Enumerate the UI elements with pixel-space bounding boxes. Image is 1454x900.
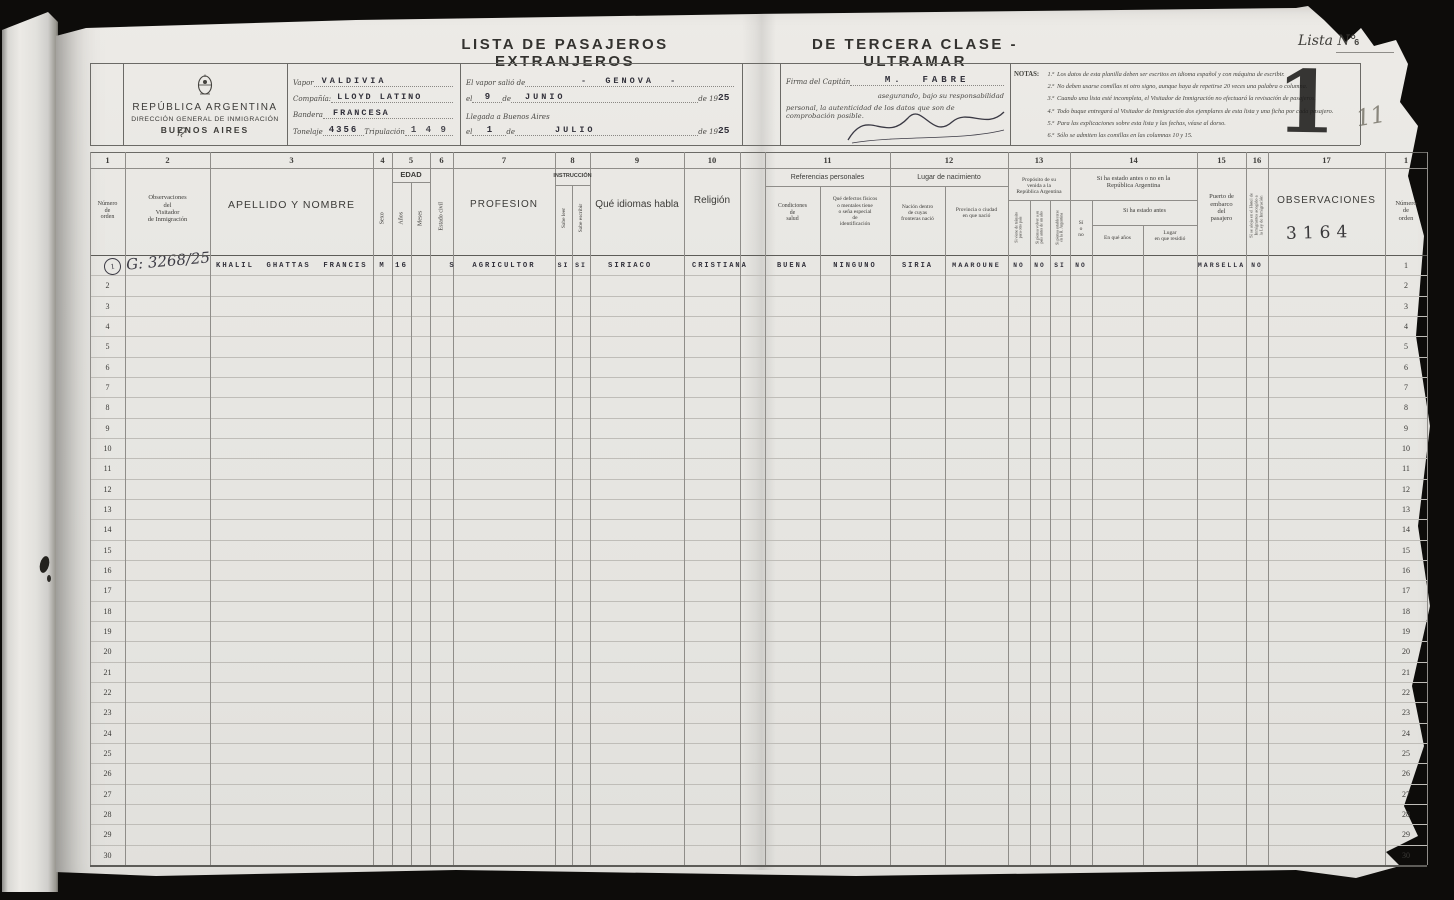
row-number-right: 17 <box>1385 580 1427 600</box>
row-number-right: 30 <box>1385 845 1427 865</box>
column-header-c10: Religión <box>684 194 740 208</box>
grid-line-vertical <box>1092 200 1093 865</box>
captain-signature-icon <box>840 100 1010 146</box>
tonelaje-label: Tonelaje <box>293 128 323 136</box>
row1-cell-provincia: MAAROUNE <box>945 257 1008 274</box>
column-header-c15: Puerto de embarco del pasajero <box>1197 190 1246 226</box>
column-header-c14strip: Si ha estado antes <box>1092 206 1197 217</box>
field-firma: Firma del Capitán M. FABRE <box>786 72 1004 86</box>
row-number-left: 26 <box>90 763 125 783</box>
field-vapor: Vapor VALDIVIA <box>293 72 453 87</box>
grid-line-horizontal <box>90 418 1427 419</box>
field-bandera: Bandera FRANCESA <box>293 103 453 119</box>
column-number: 4 <box>373 152 392 168</box>
row1-cell-puerto_embarco: MARSELLA <box>1197 257 1246 274</box>
grid-line-horizontal <box>90 397 1427 398</box>
row-number-right: 15 <box>1385 540 1427 560</box>
row-number-left: 9 <box>90 418 125 438</box>
row-number-left: 19 <box>90 621 125 641</box>
row-number-left: 27 <box>90 784 125 804</box>
grid-line-vertical <box>1427 152 1428 865</box>
scanned-passenger-list-document: LISTA DE PASAJEROS EXTRANJEROS DE TERCER… <box>0 0 1454 900</box>
de-label: de <box>502 95 511 103</box>
grid-line-horizontal <box>90 682 1427 683</box>
column-header-c16: Si se aloja en el Hotel de Inmigrantes a… <box>1246 188 1268 242</box>
row1-cell-sabe_leer: SI <box>555 257 572 274</box>
salio-port-value: - GENOVA - <box>525 76 734 87</box>
column-header-c11b: Qué defectos físicos o mentales tiene o … <box>820 194 890 230</box>
column-number: 15 <box>1197 152 1246 168</box>
row-number-left: 12 <box>90 479 125 499</box>
grid-line-vertical <box>125 152 126 865</box>
tripulacion-label: Tripulación <box>364 128 405 136</box>
row-number-right: 12 <box>1385 479 1427 499</box>
row1-cell-nacion: SIRIA <box>890 257 945 274</box>
agency-city: BUENOS AIRES <box>125 125 285 135</box>
vapor-value: VALDIVIA <box>314 76 453 87</box>
grid-line-horizontal <box>90 145 1360 146</box>
note-number: 5.ª <box>1040 118 1054 130</box>
column-header-c11: Referencias personales <box>765 172 890 184</box>
vapor-label: Vapor <box>293 79 314 87</box>
row-number-left: 28 <box>90 804 125 824</box>
note-number: 2.ª <box>1040 81 1054 93</box>
column-header-c13a: Si viene de tránsito para otro país <box>1008 202 1030 252</box>
grid-line-horizontal <box>90 255 1427 256</box>
row-number-right: 2 <box>1385 275 1427 295</box>
row-number-right: 26 <box>1385 763 1427 783</box>
row-number-right: 20 <box>1385 641 1427 661</box>
grid-line-horizontal <box>90 641 1427 642</box>
row-number-left: 22 <box>90 682 125 702</box>
row-number-left: 3 <box>90 296 125 316</box>
book-page-edges <box>2 10 58 892</box>
note-text: Los datos de esta planilla deben ser esc… <box>1057 69 1285 81</box>
row-number-left: 18 <box>90 601 125 621</box>
column-header-c8a: Sabe leer <box>555 192 572 244</box>
column-header-c5: EDAD <box>392 169 430 181</box>
row-number-left: 16 <box>90 560 125 580</box>
row1-cell-apellido_nombre: KHALIL GHATTAS FRANCIS <box>210 257 379 274</box>
note-number: 3.ª <box>1040 93 1054 105</box>
row1-cell-religion: CRISTIANA <box>684 257 760 274</box>
grid-line-horizontal <box>90 601 1427 602</box>
tonelaje-value: 4356 <box>323 125 365 136</box>
column-header-c1: Número de orden <box>90 196 125 226</box>
row-number-left: 20 <box>90 641 125 661</box>
row1-cell-salud: BUENA <box>765 257 820 274</box>
row-number-right: 16 <box>1385 560 1427 580</box>
row-number-right: 21 <box>1385 662 1427 682</box>
row1-cell-sabe_escribir: SI <box>572 257 590 274</box>
grid-line-horizontal <box>90 662 1427 663</box>
grid-line-horizontal <box>90 316 1427 317</box>
row-number-right: 18 <box>1385 601 1427 621</box>
row-number-right: 7 <box>1385 377 1427 397</box>
note-text: Para las explicaciones sobre esta lista … <box>1057 118 1226 130</box>
row-number-right: 6 <box>1385 357 1427 377</box>
column-number: 14 <box>1070 152 1197 168</box>
grid-line-horizontal <box>90 168 1427 169</box>
note-number: 1.ª <box>1040 69 1054 81</box>
note-text: Sólo se admiten las comillas en las colu… <box>1057 130 1193 142</box>
column-number: 3 <box>210 152 373 168</box>
captain-name-value: M. FABRE <box>850 75 1004 86</box>
grid-line-horizontal <box>1008 200 1197 201</box>
lista-number-value: 6 <box>1354 38 1360 48</box>
column-header-c13b: Si piensa volver a su país antes de un a… <box>1030 202 1050 252</box>
row-number-left: 10 <box>90 438 125 458</box>
grid-line-horizontal <box>90 621 1427 622</box>
document-title-right: DE TERCERA CLASE - ULTRAMAR <box>770 36 1060 70</box>
grid-line-vertical <box>945 186 946 865</box>
column-number: 7 <box>453 152 555 168</box>
field-tonelaje: Tonelaje 4356 Tripulación 1 4 9 <box>293 119 453 136</box>
row-number-right: 11 <box>1385 458 1427 478</box>
grid-line-vertical <box>742 63 743 145</box>
column-header-c8b: Sabe escribir <box>572 192 590 244</box>
grid-line-horizontal <box>90 743 1427 744</box>
column-header-c6: Estado civil <box>430 190 453 242</box>
grid-line-horizontal <box>90 336 1427 337</box>
row-number-right: 8 <box>1385 397 1427 417</box>
grid-line-vertical <box>1143 225 1144 865</box>
column-header-c9: Qué idiomas habla <box>590 198 684 212</box>
grid-line-vertical <box>411 182 412 865</box>
grid-line-vertical <box>90 63 91 145</box>
grid-line-horizontal <box>90 763 1427 764</box>
grid-line-vertical <box>123 63 124 145</box>
row-number-left: 30 <box>90 845 125 865</box>
grid-line-vertical <box>1030 200 1031 865</box>
row-number-left: 4 <box>90 316 125 336</box>
llegada-year-value: 25 <box>718 125 734 136</box>
row-number-right: 5 <box>1385 336 1427 356</box>
row-number-left: 11 <box>90 458 125 478</box>
row1-cell-anos: 16 <box>392 257 411 274</box>
grid-line-horizontal <box>90 357 1427 358</box>
row-number-left: 17 <box>90 580 125 600</box>
column-header-c3: APELLIDO Y NOMBRE <box>210 198 373 212</box>
note-text: No deben usarse comillas ni otro signo, … <box>1057 81 1307 93</box>
compania-label: Compañía: <box>293 95 331 103</box>
row-number-right: 9 <box>1385 418 1427 438</box>
column-header-c13c: Si piensa establecerse en la R. Argentin… <box>1050 202 1070 252</box>
column-header-c17: OBSERVACIONES <box>1268 194 1385 208</box>
column-header-c7: PROFESION <box>453 198 555 212</box>
row-number-left: 14 <box>90 519 125 539</box>
row-number-right: 1 <box>1385 255 1427 275</box>
row-number-right: 28 <box>1385 804 1427 824</box>
grid-line-horizontal <box>90 479 1427 480</box>
llegada-day-value: 1 <box>472 125 506 136</box>
llegada-label: Llegada a Buenos Aires <box>466 113 550 121</box>
bandera-label: Bandera <box>293 111 323 119</box>
salio-month-value: JUNIO <box>511 92 698 103</box>
agency-department: DIRECCIÓN GENERAL DE INMIGRACIÓN <box>123 116 287 123</box>
column-number: 8 <box>555 152 590 168</box>
table-bottom-border <box>90 865 1427 867</box>
grid-line-vertical <box>460 63 461 145</box>
de-label-2: de <box>506 128 515 136</box>
grid-line-horizontal <box>90 560 1427 561</box>
row-number-left: 21 <box>90 662 125 682</box>
grid-line-horizontal <box>90 702 1427 703</box>
column-number: 1 <box>1385 152 1427 168</box>
pencil-page-number: 11 <box>1354 102 1387 133</box>
row-number-right: 27 <box>1385 784 1427 804</box>
column-number: 5 <box>392 152 430 168</box>
firma-label: Firma del Capitán <box>786 78 850 86</box>
grid-line-vertical <box>572 185 573 865</box>
agency-name: REPÚBLICA ARGENTINA <box>125 102 285 113</box>
grid-line-horizontal <box>1092 225 1197 226</box>
de19-label-2: de 19 <box>698 128 718 136</box>
salio-year-value: 25 <box>718 92 734 103</box>
ink-mark-small <box>47 575 51 582</box>
row-number-left: 25 <box>90 743 125 763</box>
field-llegada-fecha: el 1 de JULIO de 19 25 <box>466 121 734 136</box>
field-salio: El vapor salió de - GENOVA - <box>466 72 734 87</box>
note-number: 6.ª <box>1040 130 1054 142</box>
column-header-c5b: Meses <box>411 192 430 244</box>
grid-line-vertical <box>780 63 781 145</box>
column-number: 10 <box>684 152 740 168</box>
compania-value: LLOYD LATINO <box>331 92 453 103</box>
column-number: 11 <box>765 152 890 168</box>
salio-label: El vapor salió de <box>466 79 525 87</box>
row-number-right: 14 <box>1385 519 1427 539</box>
column-header-c14a: Sí o no <box>1070 216 1092 242</box>
note-number: 4.ª <box>1040 106 1054 118</box>
salio-day-value: 9 <box>472 92 502 103</box>
row-number-left: 24 <box>90 723 125 743</box>
row-number-left: 6 <box>90 357 125 377</box>
column-number: 1 <box>90 152 125 168</box>
grid-line-horizontal <box>90 784 1427 785</box>
column-header-c14: Si ha estado antes o no en la República … <box>1070 173 1197 191</box>
grid-line-horizontal <box>90 296 1427 297</box>
row-number-right: 23 <box>1385 702 1427 722</box>
column-number: 9 <box>590 152 684 168</box>
column-number: 12 <box>890 152 1008 168</box>
column-header-c8: INSTRUCCIÓN <box>555 171 590 182</box>
llegada-month-value: JULIO <box>515 125 698 136</box>
row-number-left: 5 <box>90 336 125 356</box>
grid-line-horizontal <box>90 824 1427 825</box>
grid-line-vertical <box>1050 200 1051 865</box>
column-number: 16 <box>1246 152 1268 168</box>
row-number-left: 23 <box>90 702 125 722</box>
row-number-right: 3 <box>1385 296 1427 316</box>
row-number-left: 8 <box>90 397 125 417</box>
row1-cell-transito: NO <box>1008 257 1030 274</box>
grid-line-horizontal <box>90 519 1427 520</box>
grid-line-horizontal <box>90 458 1427 459</box>
grid-line-horizontal <box>90 275 1427 276</box>
grid-line-horizontal <box>90 438 1427 439</box>
column-header-c4: Sexo <box>373 192 392 244</box>
column-header-c14c: Lugar en que residió <box>1143 228 1197 244</box>
column-header-c12b: Provincia o ciudad en que nació <box>945 205 1008 221</box>
row1-cell-defectos: NINGUNO <box>820 257 890 274</box>
row-number-right: 13 <box>1385 499 1427 519</box>
column-number: 13 <box>1008 152 1070 168</box>
document-title-left: LISTA DE PASAJEROS EXTRANJEROS <box>400 36 730 70</box>
grid-line-horizontal <box>90 580 1427 581</box>
grid-line-horizontal <box>90 723 1427 724</box>
row-number-left: 13 <box>90 499 125 519</box>
bandera-value: FRANCESA <box>323 108 453 119</box>
column-header-c5a: Años <box>392 192 411 244</box>
grid-line-vertical <box>1360 63 1361 145</box>
grid-line-horizontal <box>90 499 1427 500</box>
field-salio-fecha: el 9 de JUNIO de 19 25 <box>466 87 734 103</box>
page-fold-shadow <box>742 14 776 870</box>
column-number: 17 <box>1268 152 1385 168</box>
row1-cell-hotel_inmigrantes: NO <box>1246 257 1268 274</box>
grid-line-horizontal <box>90 63 1360 64</box>
captain-line1: asegurando, bajo su responsabilidad <box>786 92 1004 100</box>
row1-cell-sexo: M <box>373 257 392 274</box>
row-number-left: 15 <box>90 540 125 560</box>
column-header-c13: Propósito de su venida a la República Ar… <box>1008 174 1070 198</box>
row-number-right: 24 <box>1385 723 1427 743</box>
list-serial-stamp: 3164 <box>1286 222 1354 244</box>
row1-cell-estado_antes: NO <box>1070 257 1092 274</box>
grid-line-horizontal <box>90 377 1427 378</box>
lista-number-label: Lista N° <box>1298 33 1357 49</box>
page-number-stamp: 1 <box>1275 63 1336 141</box>
grid-line-vertical <box>1010 63 1011 145</box>
column-number <box>740 152 765 168</box>
de19-label: de 19 <box>698 95 718 103</box>
field-llegada: Llegada a Buenos Aires <box>466 103 734 121</box>
column-header-c12: Lugar de nacimiento <box>890 172 1008 184</box>
row1-cell-profesion: AGRICULTOR <box>453 257 555 274</box>
row-number-right: 29 <box>1385 824 1427 844</box>
row-number-left: 7 <box>90 377 125 397</box>
row-number-right: 10 <box>1385 438 1427 458</box>
grid-line-vertical <box>820 186 821 865</box>
row-number-right: 19 <box>1385 621 1427 641</box>
column-header-c12a: Nación dentro de cuyas fronteras nació <box>890 201 945 225</box>
column-header-c2: Observaciones del Visitador de Inmigraci… <box>125 190 210 228</box>
grid-line-vertical <box>287 63 288 145</box>
tripulacion-value: 1 4 9 <box>405 125 453 136</box>
row-number-left: 29 <box>90 824 125 844</box>
grid-line-vertical <box>1268 152 1269 865</box>
field-compania: Compañía: LLOYD LATINO <box>293 87 453 103</box>
row-number-right: 22 <box>1385 682 1427 702</box>
column-number: 2 <box>125 152 210 168</box>
column-header-c11a: Condiciones de salud <box>765 200 820 226</box>
grid-line-horizontal <box>90 804 1427 805</box>
row-number-right: 25 <box>1385 743 1427 763</box>
argentina-coat-of-arms-icon <box>196 74 214 96</box>
lista-number-underline <box>1336 52 1394 53</box>
row1-cell-volver: NO <box>1030 257 1050 274</box>
row-number-right: 4 <box>1385 316 1427 336</box>
grid-line-horizontal <box>90 540 1427 541</box>
notes-label: NOTAS: <box>1014 69 1040 81</box>
row-number-left: 2 <box>90 275 125 295</box>
grid-line-horizontal <box>90 845 1427 846</box>
grid-line-horizontal <box>765 186 1008 187</box>
column-header-c14b: En qué años <box>1092 233 1143 243</box>
column-number: 6 <box>430 152 453 168</box>
column-header-c18: Número de orden <box>1385 196 1427 226</box>
row1-cell-establecerse: SI <box>1050 257 1070 274</box>
